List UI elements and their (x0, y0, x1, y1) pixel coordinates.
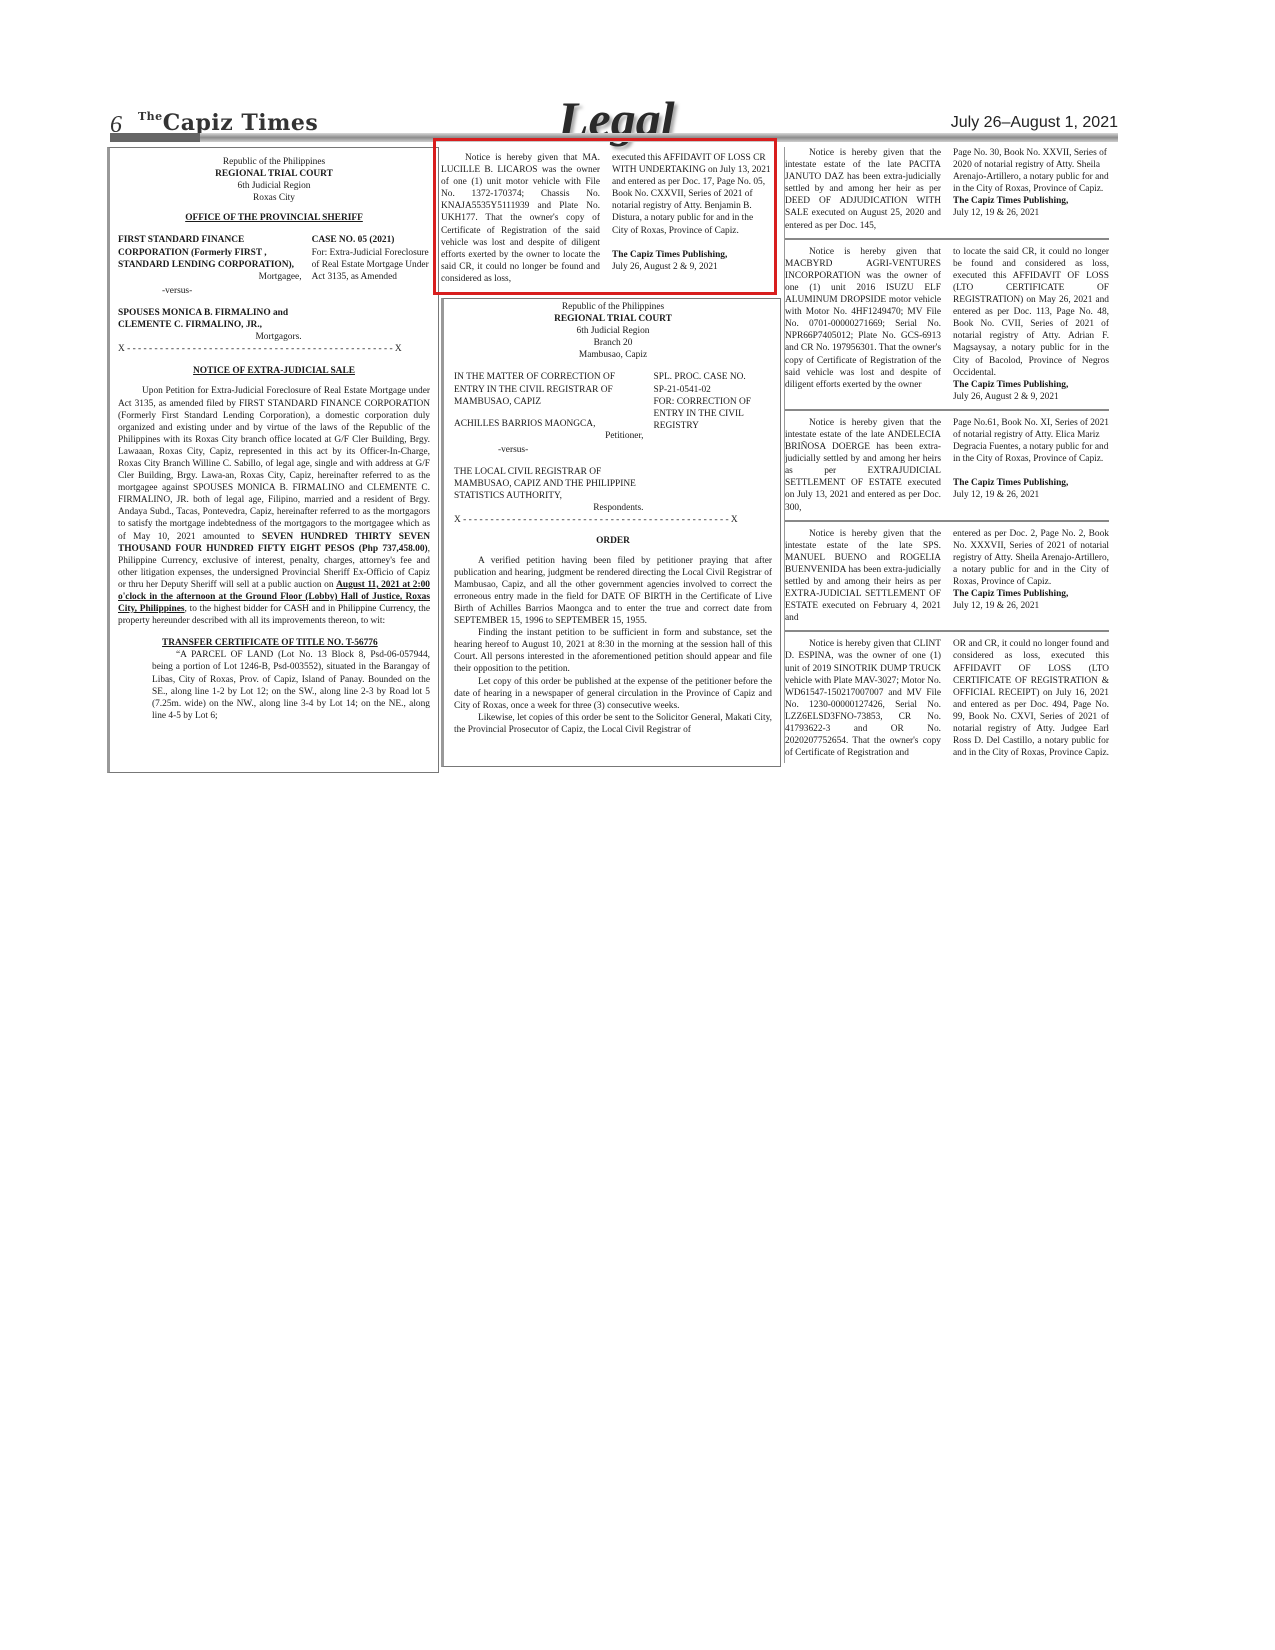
tct-title: TRANSFER CERTIFICATE OF TITLE NO. T-5677… (152, 637, 430, 649)
separator: X - - - - - - - - - - - - - - - - - - - … (454, 514, 772, 526)
publisher: The Capiz Times Publishing, (953, 379, 1109, 391)
notice-bueno: Notice is hereby given that the intestat… (785, 528, 1109, 625)
header-line: REGIONAL TRIAL COURT (118, 168, 430, 180)
notice-text-left: Notice is hereby given that the intestat… (785, 528, 941, 625)
notice-text-right: Page No.61, Book No. XI, Series of 2021 … (953, 417, 1109, 465)
title-section: TRANSFER CERTIFICATE OF TITLE NO. T-5677… (118, 637, 430, 722)
tct-description: “A PARCEL OF LAND (Lot No. 13 Block 8, P… (152, 649, 430, 722)
publication-dates: July 12, 19 & 26, 2021 (953, 207, 1109, 219)
masthead-rule-accent (110, 133, 200, 142)
versus: -versus- (118, 285, 302, 297)
publisher: The Capiz Times Publishing, (953, 477, 1109, 489)
notice-macbyrd: Notice is hereby given that MACBYRD AGRI… (785, 246, 1109, 403)
publication-dates: July 12, 19 & 26, 2021 (953, 489, 1109, 501)
respondents-role: Respondents. (454, 502, 644, 514)
notices-column: Notice is hereby given that the intestat… (784, 147, 1109, 763)
notice-body: Upon Petition for Extra-Judicial Foreclo… (118, 385, 430, 627)
order-paragraph: Let copy of this order be published at t… (454, 676, 772, 712)
notice-divider (785, 238, 1109, 240)
notice-text-left: Notice is hereby given that the intestat… (785, 147, 941, 232)
order-paragraph: A verified petition having been filed by… (454, 555, 772, 628)
notice-text-right: Page No. 30, Book No. XXVII, Series of 2… (953, 147, 1109, 195)
publication-dates: July 12, 19 & 26, 2021 (953, 600, 1109, 612)
notice-text-left: Notice is hereby given that CLINT D. ESP… (785, 638, 941, 759)
paper-name-prefix: The (138, 110, 163, 123)
notice-janudo-daz: Notice is hereby given that the intestat… (785, 147, 1109, 232)
office-title: OFFICE OF THE PROVINCIAL SHERIFF (118, 212, 430, 224)
order-title: ORDER (454, 535, 772, 547)
highlight-box (433, 138, 777, 295)
order-paragraph: Likewise, let copies of this order be se… (454, 712, 772, 736)
header-line: 6th Judicial Region (118, 180, 430, 192)
defendant-role: Mortgagors. (118, 331, 302, 343)
court-order-correction: Republic of the Philippines REGIONAL TRI… (441, 298, 781, 767)
petitioner-role: Petitioner, (454, 430, 644, 442)
petitioner: ACHILLES BARRIOS MAONGCA, (454, 418, 644, 430)
plaintiff: FIRST STANDARD FINANCE CORPORATION (Form… (118, 234, 302, 270)
case-description: For: Extra-Judicial Foreclosure of Real … (312, 247, 430, 283)
publisher: The Capiz Times Publishing, (953, 195, 1109, 207)
publisher: The Capiz Times Publishing, (953, 588, 1109, 600)
notice-doerge: Notice is hereby given that the intestat… (785, 417, 1109, 514)
notice-divider (785, 409, 1109, 411)
issue-date: July 26–August 1, 2021 (951, 114, 1118, 132)
notice-divider (785, 520, 1109, 522)
versus: -versus- (454, 444, 644, 456)
notice-text-right: to locate the said CR, it could no longe… (953, 246, 1109, 379)
body-text: Upon Petition for Extra-Judicial Foreclo… (118, 386, 430, 541)
plaintiff-role: Mortgagee, (118, 271, 302, 283)
case-number: SP-21-0541-02 (654, 384, 772, 396)
case-for: FOR: CORRECTION OF ENTRY IN THE CIVIL RE… (654, 396, 772, 432)
notice-extrajudicial-sale: Republic of the Philippines REGIONAL TRI… (107, 147, 439, 773)
notice-divider (785, 630, 1109, 632)
notice-text-left: Notice is hereby given that MACBYRD AGRI… (785, 246, 941, 391)
court-header: Republic of the Philippines REGIONAL TRI… (118, 156, 430, 204)
notice-title: NOTICE OF EXTRA-JUDICIAL SALE (118, 365, 430, 377)
header-line: Republic of the Philippines (118, 156, 430, 168)
case-caption: FIRST STANDARD FINANCE CORPORATION (Form… (118, 234, 430, 343)
matter: IN THE MATTER OF CORRECTION OF ENTRY IN … (454, 371, 644, 407)
header-line: Roxas City (118, 192, 430, 204)
notice-text-left: Notice is hereby given that the intestat… (785, 417, 941, 514)
notice-text-right: entered as per Doc. 2, Page No. 2, Book … (953, 528, 1109, 588)
notice-text-right: OR and CR, it could no longer found and … (953, 638, 1109, 759)
case-caption: IN THE MATTER OF CORRECTION OF ENTRY IN … (454, 371, 772, 514)
notice-espina: Notice is hereby given that CLINT D. ESP… (785, 638, 1109, 759)
case-number: CASE NO. 05 (2021) (312, 234, 430, 246)
publication-dates: July 26, August 2 & 9, 2021 (953, 391, 1109, 403)
separator: X - - - - - - - - - - - - - - - - - - - … (118, 343, 430, 355)
case-number-label: SPL. PROC. CASE NO. (654, 371, 772, 383)
defendant: SPOUSES MONICA B. FIRMALINO and CLEMENTE… (118, 307, 302, 331)
order-paragraph: Finding the instant petition to be suffi… (454, 627, 772, 675)
header-line: Republic of the Philippines (454, 301, 772, 313)
header-line: Branch 20 (454, 337, 772, 349)
respondents: THE LOCAL CIVIL REGISTRAR OF MAMBUSAO, C… (454, 466, 644, 502)
header-line: 6th Judicial Region (454, 325, 772, 337)
header-line: REGIONAL TRIAL COURT (454, 313, 772, 325)
court-header: Republic of the Philippines REGIONAL TRI… (454, 301, 772, 361)
header-line: Mambusao, Capiz (454, 349, 772, 361)
newspaper-page: 6 TheCapiz Times Legal July 26–August 1,… (0, 0, 1275, 1650)
